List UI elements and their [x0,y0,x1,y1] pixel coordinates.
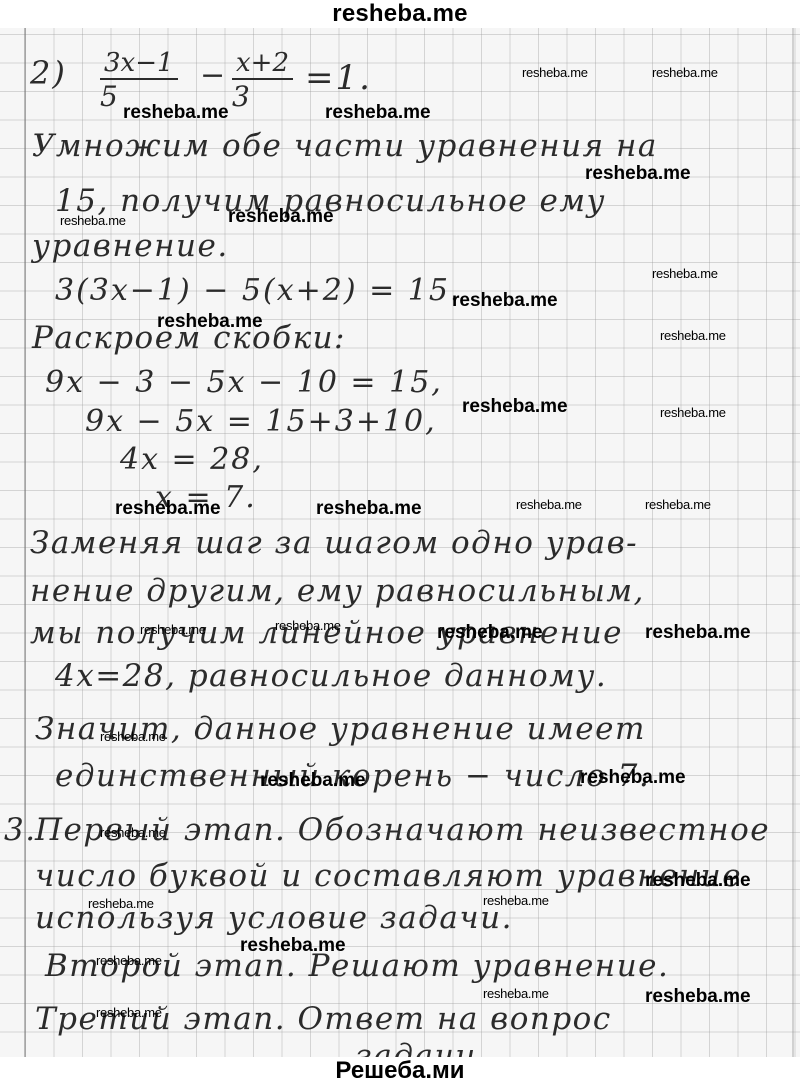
solution-line: Заменяя шаг за шагом одно урав- [30,525,638,561]
watermark: resheba.me [585,163,691,185]
solution-line: задачи. [355,1038,488,1057]
watermark: resheba.me [516,497,582,512]
solution-line: Умножим обе части уравнения на [32,128,658,164]
part3-label: 3. [4,812,37,848]
site-footer-watermark: Решеба.ми [0,1057,800,1085]
watermark: resheba.me [100,825,166,840]
fraction-1-numerator: 3x−1 [100,48,178,80]
watermark: resheba.me [96,1005,162,1020]
watermark: resheba.me [645,622,751,644]
watermark: resheba.me [645,497,711,512]
watermark: resheba.me [96,953,162,968]
solution-line: 3(3x−1) − 5(x+2) = 15. [55,273,462,308]
solution-line: 4x=28, равносильное данному. [55,658,607,694]
watermark: resheba.me [652,266,718,281]
solution-line: 9x − 5x = 15+3+10, [85,404,437,439]
watermark: resheba.me [660,328,726,343]
watermark: resheba.me [437,622,543,644]
watermark: resheba.me [88,896,154,911]
margin-line [24,28,26,1057]
solution-line: уравнение. [32,228,229,264]
watermark: resheba.me [100,729,166,744]
watermark: resheba.me [123,102,229,124]
notebook-page: 2) 3x−1 5 − x+2 3 =1. Умножим обе части … [0,28,800,1057]
watermark: resheba.me [157,311,263,333]
watermark: resheba.me [228,206,334,228]
solution-line: 4x = 28, [120,442,264,477]
watermark: resheba.me [652,65,718,80]
solution-line: нение другим, ему равносильным, [30,573,645,609]
watermark: resheba.me [580,767,686,789]
fraction-2-numerator: x+2 [232,48,293,80]
watermark: resheba.me [115,498,221,520]
watermark: resheba.me [645,986,751,1008]
watermark: resheba.me [275,618,341,633]
watermark: resheba.me [462,396,568,418]
page-edge [792,28,794,1057]
solution-line: 9x − 3 − 5x − 10 = 15, [45,365,443,400]
equation-rhs: =1. [305,58,372,98]
fraction-2: x+2 3 [232,48,293,114]
watermark: resheba.me [645,870,751,892]
watermark: resheba.me [316,498,422,520]
fraction-2-denominator: 3 [232,80,293,114]
watermark: resheba.me [483,893,549,908]
watermark: resheba.me [325,102,431,124]
watermark: resheba.me [522,65,588,80]
watermark: resheba.me [260,770,366,792]
watermark: resheba.me [140,622,206,637]
watermark: resheba.me [240,935,346,957]
watermark: resheba.me [452,290,558,312]
solution-line: число буквой и составляют уравнение [35,858,742,894]
watermark: resheba.me [60,213,126,228]
site-header-watermark: resheba.me [0,0,800,28]
watermark: resheba.me [660,405,726,420]
part2-label: 2) [30,54,67,92]
minus-sign: − [200,58,227,93]
watermark: resheba.me [483,986,549,1001]
